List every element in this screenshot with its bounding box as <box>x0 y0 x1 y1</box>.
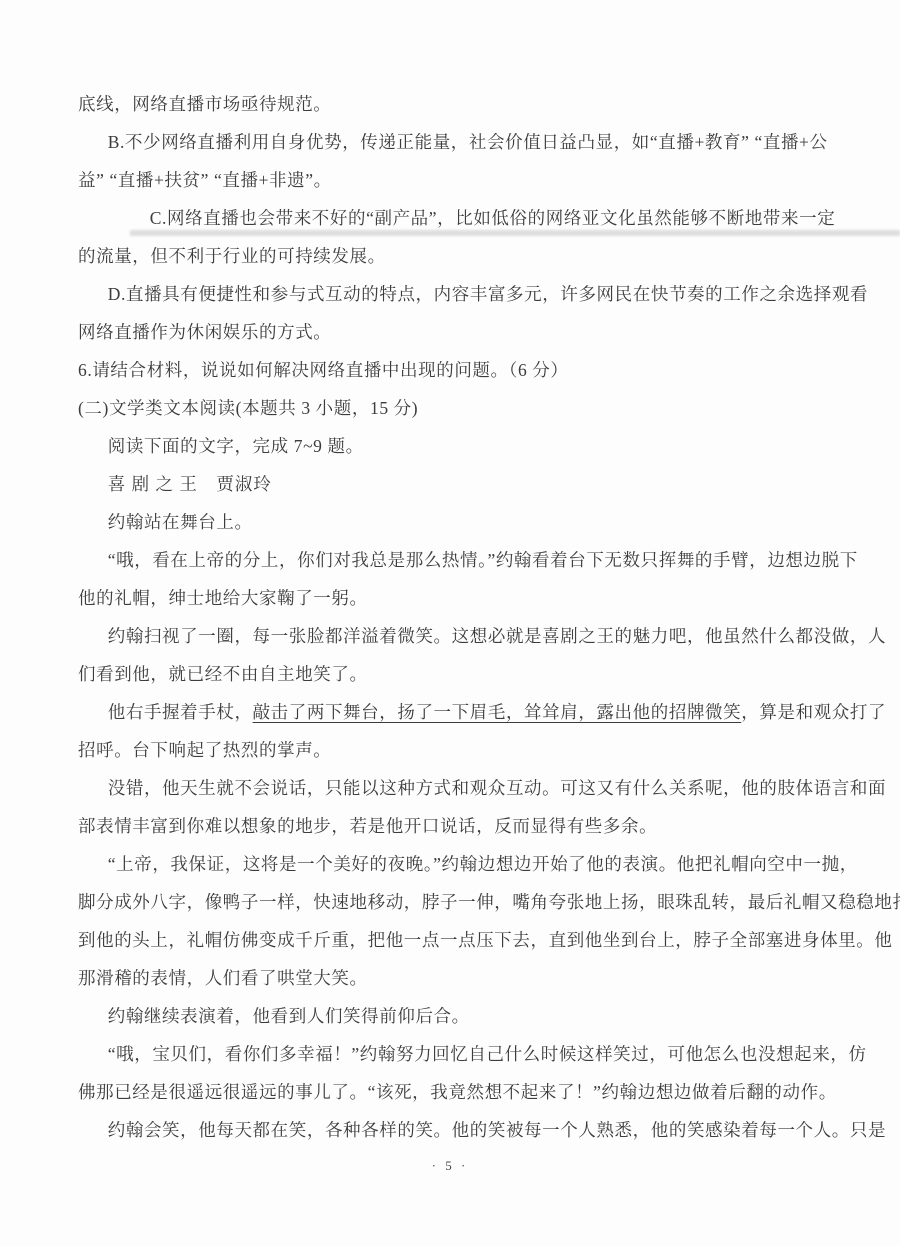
option-d-line-2: 网络直播作为休闲娱乐的方式。 <box>78 313 850 351</box>
option-a-continuation: 底线，网络直播市场亟待规范。 <box>78 85 850 123</box>
story-paragraph-line: “上帝，我保证，这将是一个美好的夜晚。”约翰边想边开始了他的表演。他把礼帽向空中… <box>78 845 850 883</box>
reading-instruction: 阅读下面的文字，完成 7~9 题。 <box>78 427 850 465</box>
story-paragraph-line: 约翰扫视了一圈，每一张脸都洋溢着微笑。这想必就是喜剧之王的魅力吧，他虽然什么都没… <box>78 617 850 655</box>
section-2-heading: (二)文学类文本阅读(本题共 3 小题，15 分) <box>78 389 850 427</box>
story-paragraph-line: 佛那已经是很遥远很遥远的事儿了。“该死，我竟然想不起来了！”约翰边想边做着后翻的… <box>78 1073 850 1111</box>
option-b-line-2: 益” “直播+扶贫” “直播+非遗”。 <box>78 161 850 199</box>
page-number: · 5 · <box>0 1158 900 1174</box>
underline-line-post: ，算是和观众打了 <box>741 702 886 722</box>
story-paragraph-line: 那滑稽的表情，人们看了哄堂大笑。 <box>78 959 850 997</box>
story-paragraph-line: 到他的头上，礼帽仿佛变成千斤重，把他一点一点压下去，直到他坐到台上，脖子全部塞进… <box>78 921 850 959</box>
story-paragraph-line: 脚分成外八字，像鸭子一样，快速地移动，脖子一伸，嘴角夸张地上扬，眼珠乱转，最后礼… <box>78 883 850 921</box>
story-paragraph-line: 们看到他，就已经不由自主地笑了。 <box>78 655 850 693</box>
document-body: 底线，网络直播市场亟待规范。 B.不少网络直播利用自身优势，传递正能量，社会价值… <box>78 85 850 1149</box>
story-paragraph-line: 部表情丰富到你难以想象的地步，若是他开口说话，反而显得有些多余。 <box>78 807 850 845</box>
story-paragraph-line: “哦，宝贝们，看你们多幸福！”约翰努力回忆自己什么时候这样笑过，可他怎么也没想起… <box>78 1035 850 1073</box>
option-b-line-1: B.不少网络直播利用自身优势，传递正能量，社会价值日益凸显，如“直播+教育” “… <box>78 123 850 161</box>
option-c-line-2: 的流量，但不利于行业的可持续发展。 <box>78 237 850 275</box>
underlined-phrase: 敲击了两下舞台，扬了一下眉毛，耸耸肩，露出他的招牌微笑 <box>253 702 742 722</box>
story-paragraph-line: 约翰站在舞台上。 <box>78 503 850 541</box>
story-paragraph-line: 没错，他天生就不会说话，只能以这种方式和观众互动。可这又有什么关系呢，他的肢体语… <box>78 769 850 807</box>
story-paragraph-line: 约翰继续表演着，他看到人们笑得前仰后合。 <box>78 997 850 1035</box>
story-paragraph-line: 招呼。台下响起了热烈的掌声。 <box>78 731 850 769</box>
story-paragraph-line-with-underline: 他右手握着手杖，敲击了两下舞台，扬了一下眉毛，耸耸肩，露出他的招牌微笑，算是和观… <box>78 693 850 731</box>
story-paragraph-line: “哦，看在上帝的分上，你们对我总是那么热情。”约翰看着台下无数只挥舞的手臂，边想… <box>78 541 850 579</box>
story-paragraph-line: 约翰会笑，他每天都在笑，各种各样的笑。他的笑被每一个人熟悉，他的笑感染着每一个人… <box>78 1111 850 1149</box>
story-title: 喜 剧 之 王 贾淑玲 <box>78 465 850 503</box>
story-paragraph-line: 他的礼帽，绅士地给大家鞠了一躬。 <box>78 579 850 617</box>
scanned-exam-page: 底线，网络直播市场亟待规范。 B.不少网络直播利用自身优势，传递正能量，社会价值… <box>0 0 900 1246</box>
question-6: 6.请结合材料，说说如何解决网络直播中出现的问题。（6 分） <box>78 351 850 389</box>
option-d-line-1: D.直播具有便捷性和参与式互动的特点，内容丰富多元，许多网民在快节奏的工作之余选… <box>78 275 850 313</box>
underline-line-pre: 他右手握着手杖， <box>108 702 253 722</box>
option-c-line-1: C.网络直播也会带来不好的“副产品”，比如低俗的网络亚文化虽然能够不断地带来一定 <box>78 199 850 237</box>
